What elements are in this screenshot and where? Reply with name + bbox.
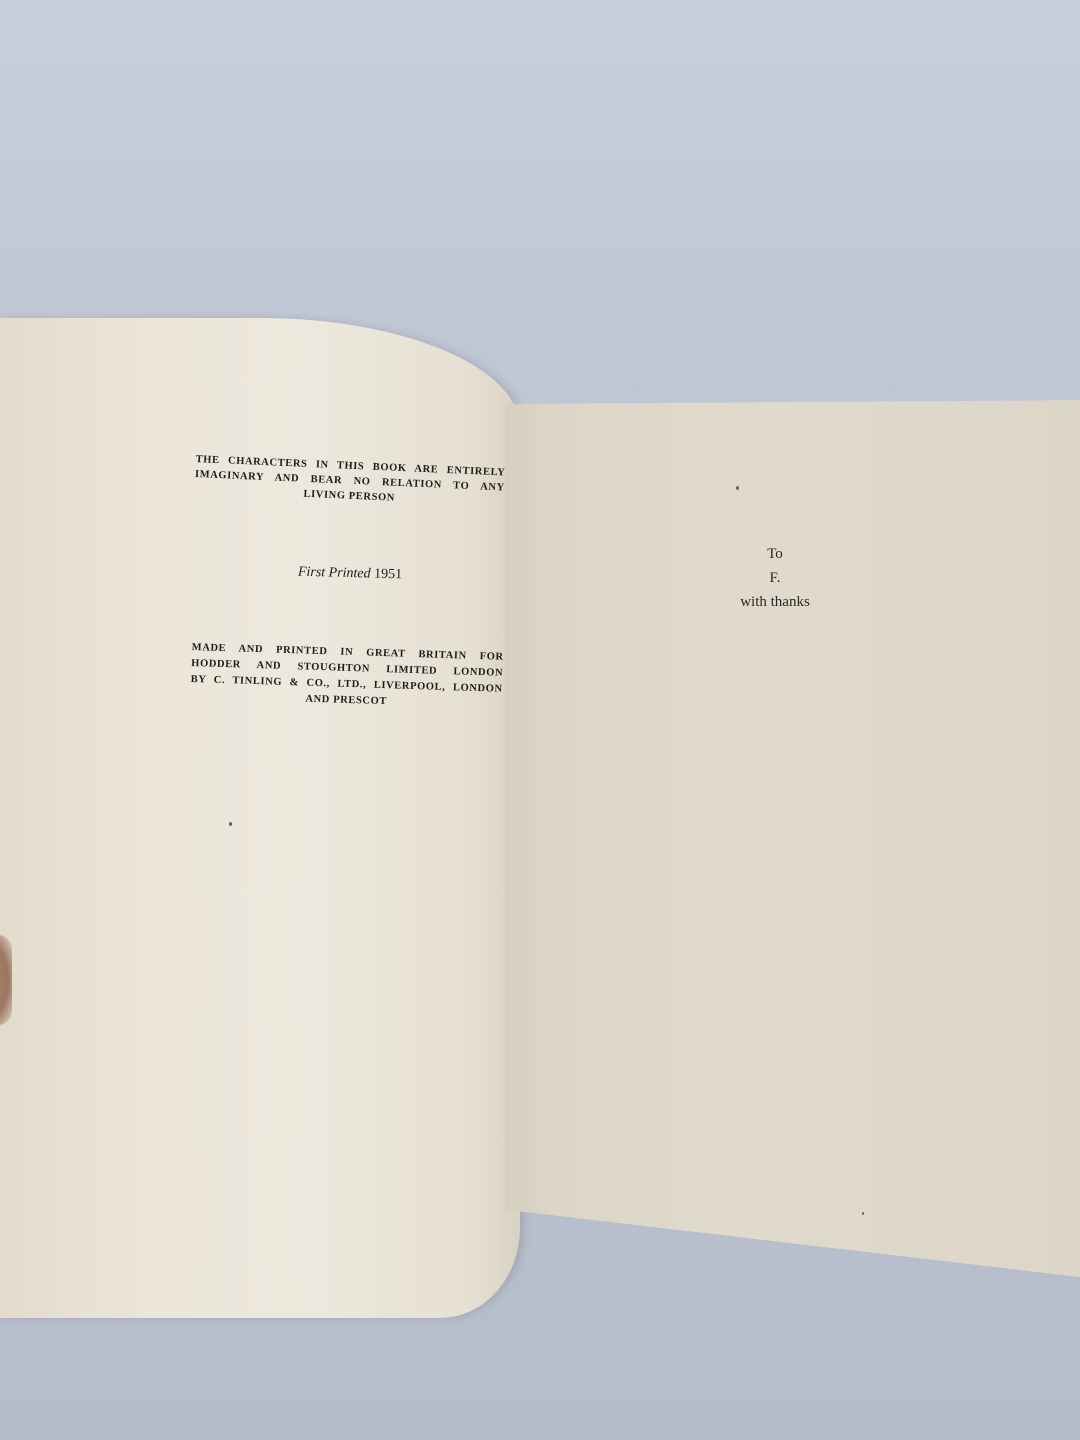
first-printed-label: First Printed bbox=[298, 565, 371, 582]
printer-block: MADE AND PRINTED IN GREAT BRITAIN FOR HO… bbox=[190, 640, 504, 714]
dedication-line-1: To bbox=[700, 542, 850, 566]
right-page-recto bbox=[505, 400, 1080, 1280]
holding-finger bbox=[0, 935, 12, 1025]
dedication-line-3: with thanks bbox=[700, 590, 850, 614]
paper-speck bbox=[229, 822, 232, 826]
first-printed-year: 1951 bbox=[374, 567, 402, 583]
dedication-block: To F. with thanks bbox=[700, 542, 850, 614]
dedication-line-2: F. bbox=[700, 566, 850, 590]
paper-speck bbox=[736, 486, 739, 490]
paper-speck bbox=[862, 1212, 864, 1215]
